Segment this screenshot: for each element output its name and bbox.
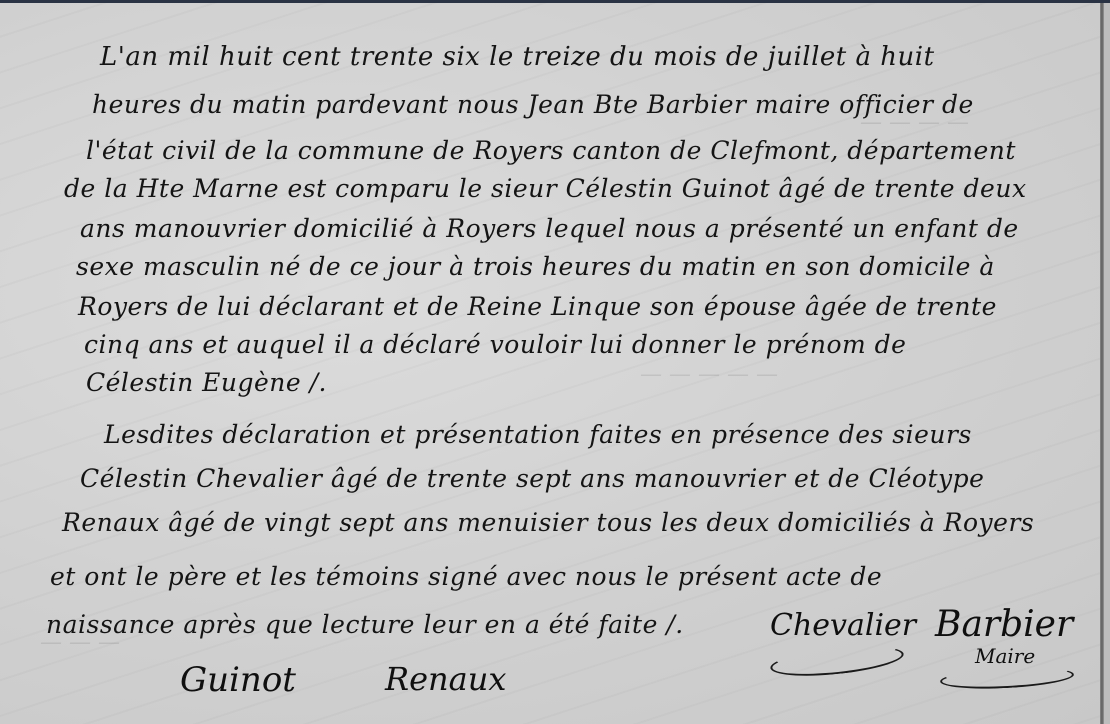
viewer-top-border [0, 0, 1110, 3]
record-line-14: naissance après que lecture leur en a ét… [46, 610, 684, 639]
record-line-9: Célestin Eugène /. [86, 368, 327, 397]
record-line-7: Royers de lui déclarant et de Reine Linq… [78, 292, 997, 321]
signature-flourish [940, 665, 1075, 692]
signature-witness-renaux: Renaux [385, 660, 506, 698]
signature-witness-chevalier: Chevalier [770, 608, 916, 643]
bleed-through-text: — — — — — [640, 362, 778, 387]
record-line-11: Célestin Chevalier âgé de trente sept an… [80, 464, 984, 493]
record-line-6: sexe masculin né de ce jour à trois heur… [76, 252, 995, 281]
record-line-1: L'an mil huit cent trente six le treize … [100, 42, 935, 72]
record-line-5: ans manouvrier domicilié à Royers lequel… [80, 214, 1019, 243]
record-line-2: heures du matin pardevant nous Jean Bte … [92, 90, 974, 119]
record-line-12: Renaux âgé de vingt sept ans menuisier t… [62, 508, 1034, 537]
record-line-8: cinq ans et auquel il a déclaré vouloir … [84, 330, 906, 359]
signature-flourish [769, 641, 905, 681]
record-line-13: et ont le père et les témoins signé avec… [50, 562, 882, 591]
record-line-3: l'état civil de la commune de Royers can… [86, 136, 1016, 165]
signature-mayor: Barbier [935, 604, 1073, 645]
page-edge [1104, 3, 1110, 724]
document-scan: — — — — — — — — — — — — L'an mil huit ce… [0, 0, 1110, 724]
record-line-4: de la Hte Marne est comparu le sieur Cél… [64, 174, 1027, 203]
record-line-10: Lesdites déclaration et présentation fai… [104, 420, 972, 449]
signature-father: Guinot [180, 660, 296, 700]
signature-mayor-title: Maire [975, 644, 1035, 668]
